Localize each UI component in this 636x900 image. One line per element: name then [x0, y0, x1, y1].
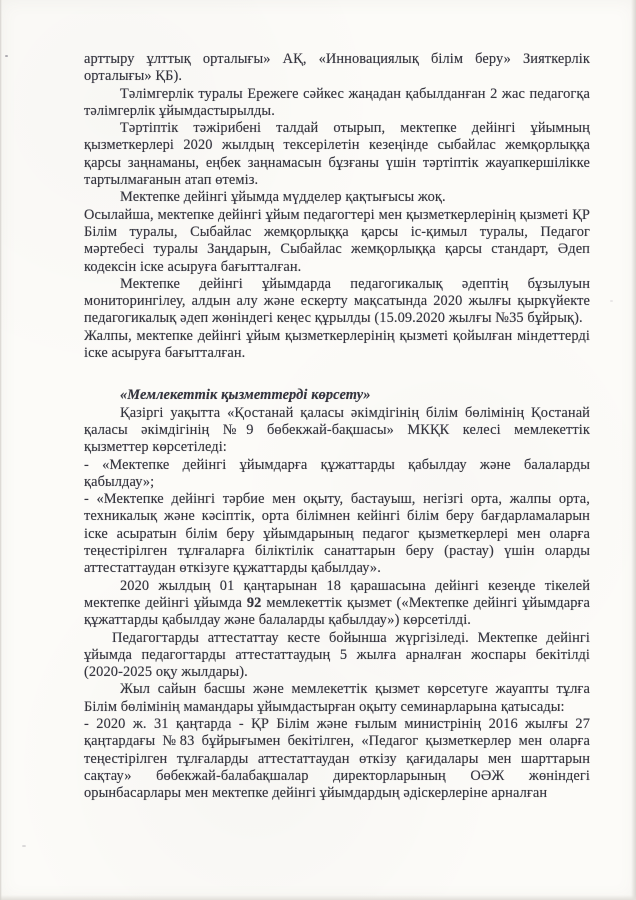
paragraph: Қазіргі уақытта «Қостанай қаласы әкімдіг…: [84, 405, 590, 457]
paragraph: Жалпы, мектепке дейінгі ұйым қызметкерле…: [84, 328, 590, 363]
paragraph: Тәлімгерлік туралы Ережеге сәйкес жаңада…: [84, 86, 590, 121]
paragraph: Тәртіптік тәжірибені талдай отырып, мект…: [84, 120, 590, 189]
service-count-value: 92: [247, 595, 262, 611]
list-item: - 2020 ж. 31 қаңтарда - ҚР Білім және ғы…: [84, 716, 590, 802]
scan-edge-shadow-left: [0, 0, 2, 900]
list-item: - «Мектепке дейінгі ұйымдарға құжаттарды…: [84, 457, 590, 492]
document-body: арттыру ұлттық орталығы» АҚ, «Инновациял…: [84, 51, 590, 802]
paragraph: Мектепке дейінгі ұйымдарда педагогикалық…: [84, 276, 590, 328]
scan-edge-shadow-right: [631, 0, 636, 900]
document-page: арттыру ұлттық орталығы» АҚ, «Инновациял…: [0, 0, 636, 900]
paragraph: Осылайша, мектепке дейінгі ұйым педагогт…: [84, 207, 590, 276]
paragraph: 2020 жылдың 01 қаңтарынан 18 қарашасына …: [84, 578, 590, 630]
paragraph: Жыл сайын басшы және мемлекеттік қызмет …: [84, 681, 590, 716]
continued-paragraph: арттыру ұлттық орталығы» АҚ, «Инновациял…: [84, 51, 590, 86]
paragraph: Педагогтарды аттестаттау кесте бойынша ж…: [84, 630, 590, 682]
scan-speck: [22, 845, 26, 847]
scan-edge-shadow-bottom: [0, 895, 636, 900]
section-heading: «Мемлекеттік қызметтерді көрсету»: [84, 387, 590, 404]
list-item: - «Мектепке дейінгі тәрбие мен оқыту, ба…: [84, 491, 590, 577]
paragraph: Мектепке дейінгі ұйымда мүдделер қақтығы…: [84, 189, 590, 206]
scan-speck: [5, 55, 8, 57]
scan-speck: [610, 300, 613, 302]
